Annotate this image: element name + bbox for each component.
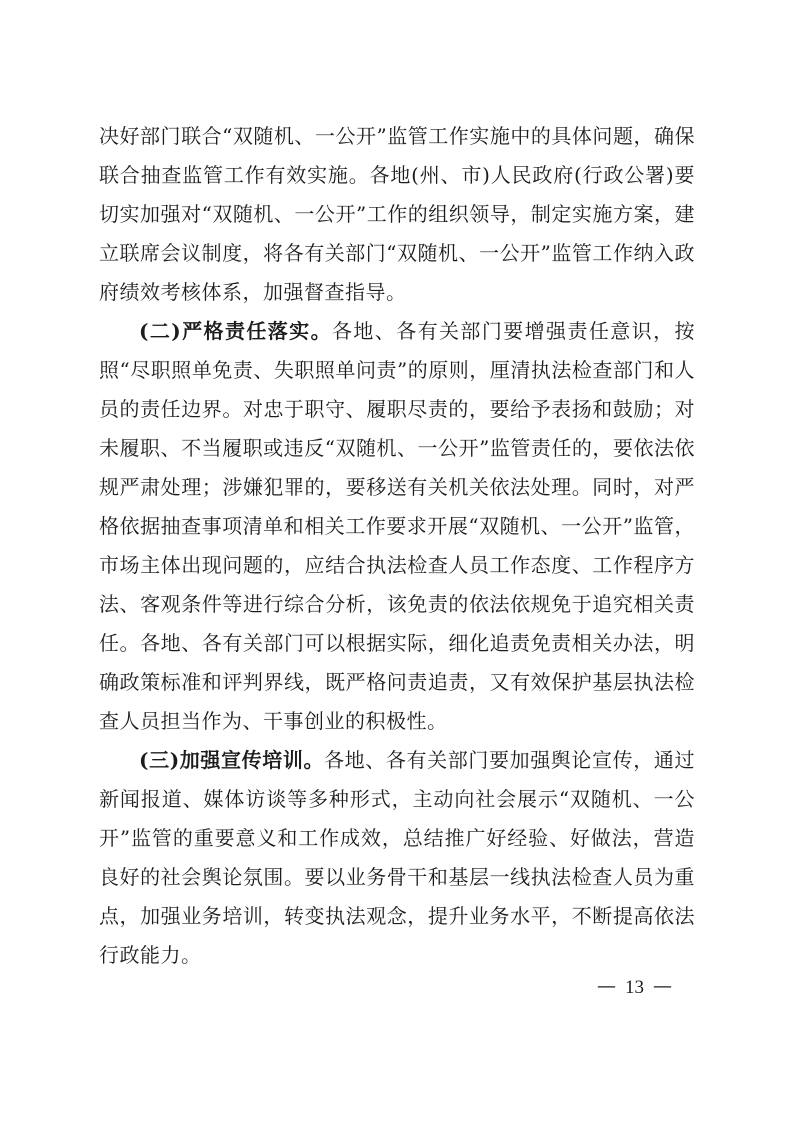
paragraph: (二)严格责任落实。各地、各有关部门要增强责任意识，按照“尽职照单免责、失职照单… <box>99 312 695 741</box>
paragraph-prefix: (二)严格责任落实。 <box>139 319 332 343</box>
page-number: —13— <box>588 974 681 1001</box>
page-number-dash-left: — <box>597 973 616 999</box>
page-number-dash-right: — <box>653 973 672 999</box>
paragraph-text: 决好部门联合“双随机、一公开”监管工作实施中的具体问题，确保联合抽查监管工作有效… <box>99 124 695 304</box>
paragraph-prefix: (三)加强宣传培训。 <box>139 748 324 772</box>
document-page: 决好部门联合“双随机、一公开”监管工作实施中的具体问题，确保联合抽查监管工作有效… <box>0 0 793 1122</box>
paragraph-text: 各地、各有关部门要增强责任意识，按照“尽职照单免责、失职照单问责”的原则，厘清执… <box>99 319 695 733</box>
document-body: 决好部门联合“双随机、一公开”监管工作实施中的具体问题，确保联合抽查监管工作有效… <box>99 117 695 975</box>
paragraph: (三)加强宣传培训。各地、各有关部门要加强舆论宣传，通过新闻报道、媒体访谈等多种… <box>99 741 695 975</box>
paragraph-text: 各地、各有关部门要加强舆论宣传，通过新闻报道、媒体访谈等多种形式，主动向社会展示… <box>99 748 695 967</box>
page-number-value: 13 <box>625 975 644 1001</box>
paragraph: 决好部门联合“双随机、一公开”监管工作实施中的具体问题，确保联合抽查监管工作有效… <box>99 117 695 312</box>
